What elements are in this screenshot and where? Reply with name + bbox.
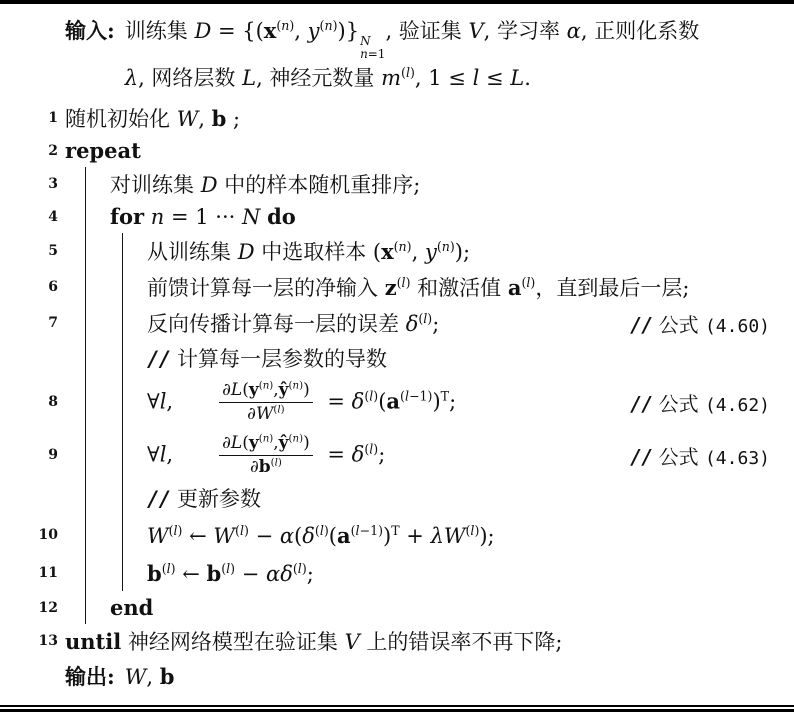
indent-guide — [85, 481, 86, 515]
algo-line-10: 10 W(l) ← W(l) − α(δ(l)(a(l−1))T + λW(l)… — [0, 515, 794, 555]
statement: repeat — [65, 138, 141, 163]
statement: 随机初始化 W, b ; — [65, 103, 240, 133]
algo-line-5: 5 从训练集 D 中选取样本 (x(n), y(n)); — [0, 233, 794, 269]
statement: until 神经网络模型在验证集 V 上的错误率不再下降; — [65, 626, 562, 656]
bottom-rule — [0, 705, 794, 712]
line-number: 13 — [0, 624, 58, 658]
algo-line-2: 2 repeat — [0, 134, 794, 167]
indent-guide — [85, 233, 86, 269]
line-number: 4 — [0, 200, 58, 233]
line-number: 6 — [0, 269, 58, 305]
algo-line-6: 6 前馈计算每一层的净输入 z(l) 和激活值 a(l)，直到最后一层; — [0, 269, 794, 305]
indent-guide — [85, 591, 86, 624]
line-number: 12 — [0, 591, 58, 624]
output-block: 输出: W, b — [0, 658, 794, 702]
statement: W(l) ← W(l) − α(δ(l)(a(l−1))T + λW(l)); — [147, 523, 495, 548]
statement: 前馈计算每一层的净输入 z(l) 和激活值 a(l)，直到最后一层; — [147, 272, 689, 302]
input-line-1: 训练集 D = {(x(n), y(n))}Nn=1, 验证集 V, 学习率 α… — [125, 14, 699, 61]
line-number: 7 — [0, 305, 58, 341]
statement: ∀l,∂L(y(n),ŷ(n))∂W(l) = δ(l)(a(l−1))T; — [147, 380, 456, 426]
indent-guide — [85, 375, 86, 429]
indent-guide — [122, 233, 123, 269]
line-number: 5 — [0, 233, 58, 269]
input-line-2: λ, 网络层数 L, 神经元数量 m(l), 1 ≤ l ≤ L. — [125, 61, 699, 95]
indent-guide — [85, 341, 86, 375]
statement: 从训练集 D 中选取样本 (x(n), y(n)); — [147, 236, 470, 266]
statement: b(l) ← b(l) − αδ(l); — [147, 561, 314, 586]
indent-guide — [85, 200, 86, 233]
algo-line-13: 13 until 神经网络模型在验证集 V 上的错误率不再下降; — [0, 624, 794, 658]
statement: 反向传播计算每一层的误差 δ(l); — [147, 308, 439, 338]
indent-guide — [122, 515, 123, 555]
indent-guide — [122, 305, 123, 341]
line-number: 10 — [0, 515, 58, 555]
indent-guide — [122, 481, 123, 515]
statement: 对训练集 D 中的样本随机重排序; — [110, 169, 420, 199]
output-label: 输出: — [65, 660, 115, 694]
line-number: 2 — [0, 134, 58, 167]
algo-comment-update: // 更新参数 — [0, 481, 794, 515]
indent-guide — [85, 555, 86, 591]
algo-line-8: 8 ∀l,∂L(y(n),ŷ(n))∂W(l) = δ(l)(a(l−1))T;… — [0, 375, 794, 429]
algo-line-9: 9 ∀l,∂L(y(n),ŷ(n))∂b(l) = δ(l); // 公式 (4… — [0, 429, 794, 481]
algorithm-box: 输入: 训练集 D = {(x(n), y(n))}Nn=1, 验证集 V, 学… — [0, 0, 794, 712]
statement: end — [110, 595, 153, 620]
line-number: 8 — [0, 375, 58, 429]
line-number: 9 — [0, 429, 58, 481]
indent-guide — [85, 269, 86, 305]
algo-line-7: 7 反向传播计算每一层的误差 δ(l); // 公式 (4.60) — [0, 305, 794, 341]
algo-line-3: 3 对训练集 D 中的样本随机重排序; — [0, 167, 794, 200]
indent-guide — [122, 269, 123, 305]
indent-guide — [122, 341, 123, 375]
algo-comment-derivatives: // 计算每一层参数的导数 — [0, 341, 794, 375]
inline-comment: // 计算每一层参数的导数 — [147, 343, 387, 373]
input-label: 输入: — [65, 14, 115, 95]
inline-comment: // 更新参数 — [147, 483, 261, 513]
output-value: W, b — [125, 660, 175, 694]
indent-guide — [122, 375, 123, 429]
formula-ref-comment: // 公式 (4.62) — [618, 388, 770, 417]
indent-guide — [85, 305, 86, 341]
line-number: 3 — [0, 167, 58, 200]
statement: for n = 1 ··· N do — [110, 204, 296, 229]
indent-guide — [85, 429, 86, 481]
formula-ref-comment: // 公式 (4.60) — [618, 309, 770, 338]
input-lines: 训练集 D = {(x(n), y(n))}Nn=1, 验证集 V, 学习率 α… — [125, 14, 699, 95]
algo-line-11: 11 b(l) ← b(l) − αδ(l); — [0, 555, 794, 591]
algo-line-4: 4 for n = 1 ··· N do — [0, 200, 794, 233]
indent-guide — [85, 515, 86, 555]
indent-guide — [122, 429, 123, 481]
algo-line-12: 12 end — [0, 591, 794, 624]
line-number — [0, 341, 58, 375]
line-number: 11 — [0, 555, 58, 591]
algo-line-1: 1 随机初始化 W, b ; — [0, 101, 794, 134]
line-number — [0, 481, 58, 515]
indent-guide — [122, 555, 123, 591]
input-block: 输入: 训练集 D = {(x(n), y(n))}Nn=1, 验证集 V, 学… — [0, 4, 794, 101]
line-number: 1 — [0, 101, 58, 134]
indent-guide — [85, 167, 86, 200]
statement: ∀l,∂L(y(n),ŷ(n))∂b(l) = δ(l); — [147, 433, 385, 479]
formula-ref-comment: // 公式 (4.63) — [618, 441, 770, 470]
